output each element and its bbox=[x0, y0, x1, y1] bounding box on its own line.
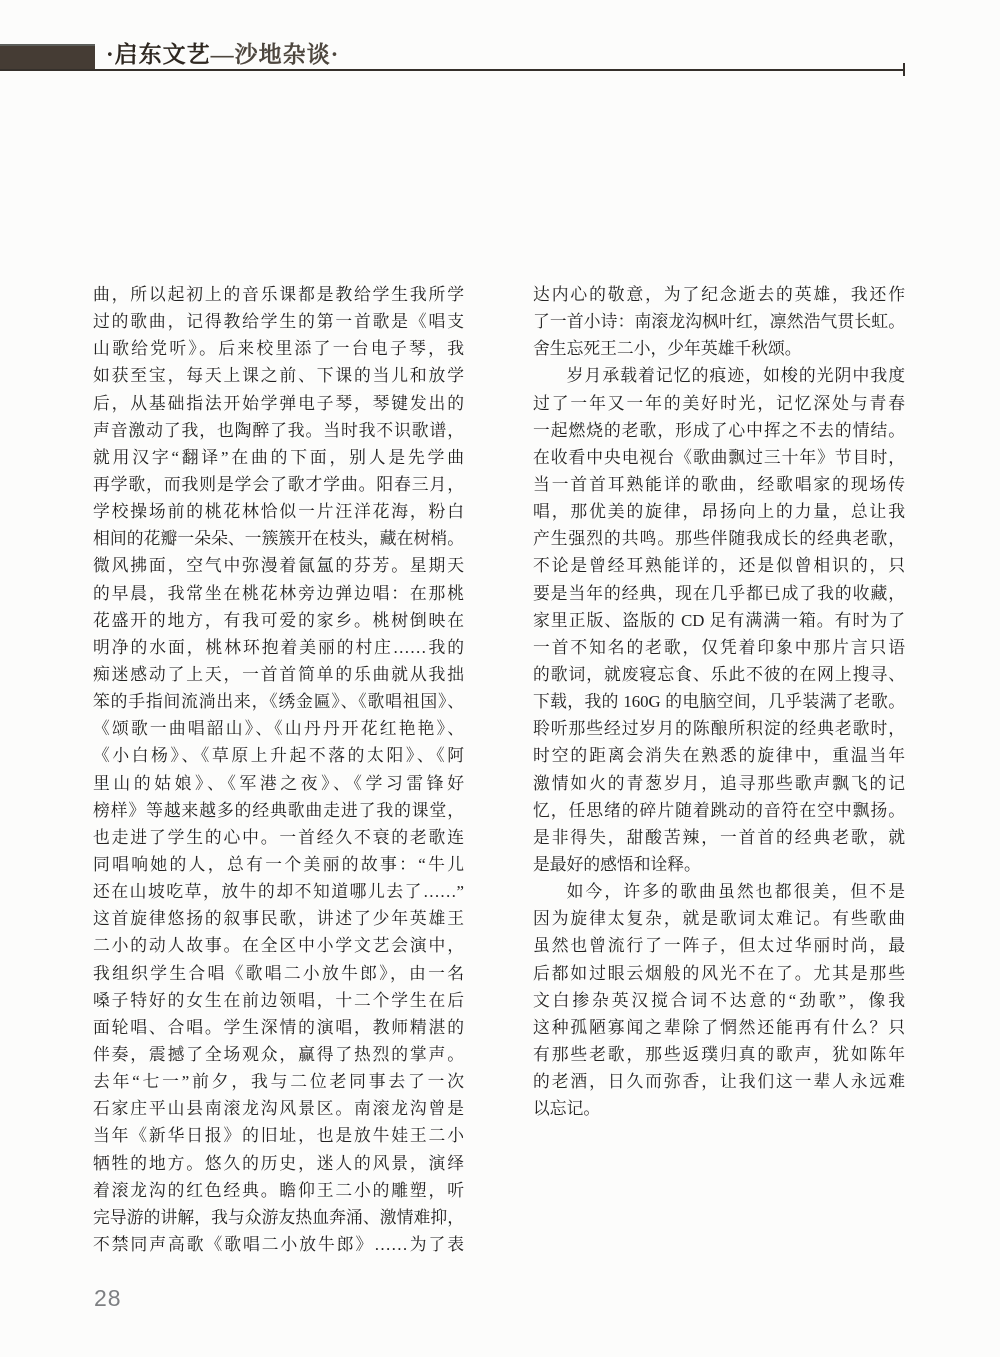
text-line: 时空的距离会消失在熟悉的旋律中，重温当年 bbox=[533, 742, 905, 769]
page-header-title: ·启东文艺—沙地杂谈· bbox=[106, 41, 339, 69]
text-line: 文白掺杂英汉搅合词不达意的“劲歌”，像我 bbox=[533, 987, 905, 1014]
magazine-page: ·启东文艺—沙地杂谈· 曲，所以起初上的音乐课都是教给学生我所学过的歌曲，记得教… bbox=[0, 0, 1000, 1357]
text-line: 明净的水面，桃林环抱着美丽的村庄……我的 bbox=[93, 634, 464, 661]
text-line: 是最好的感悟和诠释。 bbox=[533, 851, 905, 878]
text-line: 里山的姑娘》、《军港之夜》、《学习雷锋好 bbox=[93, 770, 464, 797]
text-line: 牺牲的地方。悠久的历史，迷人的风景，演绎 bbox=[93, 1150, 464, 1177]
text-line: 过的歌曲，记得教给学生的第一首歌是《唱支 bbox=[93, 308, 464, 335]
text-line: 有那些老歌，那些返璞归真的歌声，犹如陈年 bbox=[533, 1041, 905, 1068]
text-line: 以忘记。 bbox=[533, 1095, 905, 1122]
text-line: 达内心的敬意，为了纪念逝去的英雄，我还作 bbox=[533, 281, 905, 308]
text-line: 不论是曾经耳熟能详的，还是似曾相识的，只 bbox=[533, 552, 905, 579]
text-line: 着滚龙沟的红色经典。瞻仰王二小的雕塑，听 bbox=[93, 1177, 464, 1204]
header-corner-block bbox=[0, 44, 95, 71]
page-number: 28 bbox=[94, 1285, 122, 1312]
text-line: 相间的花瓣一朵朵、一簇簇开在枝头，藏在树梢。 bbox=[93, 525, 464, 552]
text-line: 学校操场前的桃花林恰似一片汪洋花海，粉白 bbox=[93, 498, 464, 525]
text-line: 唱，那优美的旋律，昂扬向上的力量，总让我 bbox=[533, 498, 905, 525]
text-line: 这种孤陋寡闻之辈除了惘然还能再有什么？只 bbox=[533, 1014, 905, 1041]
text-line: 去年“七一”前夕，我与二位老同事去了一次 bbox=[93, 1068, 464, 1095]
text-line: 面轮唱、合唱。学生深情的演唱，教师精湛的 bbox=[93, 1014, 464, 1041]
text-line: 我组织学生合唱《歌唱二小放牛郎》，由一名 bbox=[93, 960, 464, 987]
text-line: 还在山坡吃草，放牛的却不知道哪儿去了……” bbox=[93, 878, 464, 905]
text-line: 后，从基础指法开始学弹电子琴，琴键发出的 bbox=[93, 390, 464, 417]
header-rule bbox=[0, 69, 905, 71]
text-line: 微风拂面，空气中弥漫着氤氲的芬芳。星期天 bbox=[93, 552, 464, 579]
text-line: 痴迷感动了上天，一首首简单的乐曲就从我拙 bbox=[93, 661, 464, 688]
text-line: 《颂歌一曲唱韶山》、《山丹丹开花红艳艳》、 bbox=[93, 715, 464, 742]
text-line: 要是当年的经典，现在几乎都已成了我的收藏， bbox=[533, 580, 905, 607]
text-line: 也走进了学生的心中。一首经久不衰的老歌连 bbox=[93, 824, 464, 851]
text-line: 的早晨，我常坐在桃花林旁边弹边唱：在那桃 bbox=[93, 580, 464, 607]
article-column-left: 曲，所以起初上的音乐课都是教给学生我所学过的歌曲，记得教给学生的第一首歌是《唱支… bbox=[93, 281, 464, 1258]
text-line: 这首旋律悠扬的叙事民歌，讲述了少年英雄王 bbox=[93, 905, 464, 932]
text-line: 的歌词，就废寝忘食、乐此不彼的在网上搜寻、 bbox=[533, 661, 905, 688]
text-line: 石家庄平山县南滚龙沟风景区。南滚龙沟曾是 bbox=[93, 1095, 464, 1122]
text-line: 嗓子特好的女生在前边领唱，十二个学生在后 bbox=[93, 987, 464, 1014]
text-line: 声音激动了我，也陶醉了我。当时我不识歌谱， bbox=[93, 417, 464, 444]
text-line: 一首不知名的老歌，仅凭着印象中那片言只语 bbox=[533, 634, 905, 661]
text-line: 忆，任思绪的碎片随着跳动的音符在空中飘扬。 bbox=[533, 797, 905, 824]
text-line: 就用汉字“翻译”在曲的下面，别人是先学曲 bbox=[93, 444, 464, 471]
text-line: 激情如火的青葱岁月，追寻那些歌声飘飞的记 bbox=[533, 770, 905, 797]
text-line: 后都如过眼云烟般的风光不在了。尤其是那些 bbox=[533, 960, 905, 987]
text-line: 岁月承载着记忆的痕迹，如梭的光阴中我度 bbox=[533, 362, 905, 389]
text-line: 一起燃烧的老歌，形成了心中挥之不去的情结。 bbox=[533, 417, 905, 444]
text-line: 了一首小诗：南滚龙沟枫叶红，凛然浩气贯长虹。 bbox=[533, 308, 905, 335]
text-line: 当一首首耳熟能详的歌曲，经歌唱家的现场传 bbox=[533, 471, 905, 498]
text-line: 产生强烈的共鸣。那些伴随我成长的经典老歌， bbox=[533, 525, 905, 552]
article-column-right: 达内心的敬意，为了纪念逝去的英雄，我还作了一首小诗：南滚龙沟枫叶红，凛然浩气贯长… bbox=[533, 281, 905, 1122]
text-line: 如获至宝，每天上课之前、下课的当儿和放学 bbox=[93, 362, 464, 389]
section-name: —沙地杂谈· bbox=[211, 42, 340, 67]
text-line: 笨的手指间流淌出来，《绣金匾》、《歌唱祖国》、 bbox=[93, 688, 464, 715]
text-line: 的老酒，日久而弥香，让我们这一辈人永远难 bbox=[533, 1068, 905, 1095]
text-line: 花盛开的地方，有我可爱的家乡。桃树倒映在 bbox=[93, 607, 464, 634]
text-line: 《小白杨》、《草原上升起不落的太阳》、《阿 bbox=[93, 742, 464, 769]
text-line: 榜样》等越来越多的经典歌曲走进了我的课堂， bbox=[93, 797, 464, 824]
text-line: 不禁同声高歌《歌唱二小放牛郎》……为了表 bbox=[93, 1231, 464, 1258]
text-line: 同唱响她的人，总有一个美丽的故事：“牛儿 bbox=[93, 851, 464, 878]
text-line: 完导游的讲解，我与众游友热血奔涌、激情难抑， bbox=[93, 1204, 464, 1231]
text-line: 舍生忘死王二小，少年英雄千秋颂。 bbox=[533, 335, 905, 362]
text-line: 二小的动人故事。在全区中小学文艺会演中， bbox=[93, 932, 464, 959]
text-line: 是非得失，甜酸苦辣，一首首的经典老歌，就 bbox=[533, 824, 905, 851]
text-line: 再学歌，而我则是学会了歌才学曲。阳春三月， bbox=[93, 471, 464, 498]
text-line: 过了一年又一年的美好时光，记忆深处与青春 bbox=[533, 390, 905, 417]
text-line: 曲，所以起初上的音乐课都是教给学生我所学 bbox=[93, 281, 464, 308]
text-line: 下载，我的 160G 的电脑空间，几乎装满了老歌。 bbox=[533, 688, 905, 715]
text-line: 如今，许多的歌曲虽然也都很美，但不是 bbox=[533, 878, 905, 905]
header-rule-end-tick bbox=[903, 63, 905, 76]
journal-name: ·启东文艺 bbox=[106, 42, 211, 67]
text-line: 家里正版、盗版的 CD 足有满满一箱。有时为了 bbox=[533, 607, 905, 634]
text-line: 当年《新华日报》的旧址，也是放牛娃王二小 bbox=[93, 1122, 464, 1149]
text-line: 因为旋律太复杂，就是歌词太难记。有些歌曲 bbox=[533, 905, 905, 932]
text-line: 聆听那些经过岁月的陈酿所积淀的经典老歌时， bbox=[533, 715, 905, 742]
text-line: 伴奏，震撼了全场观众，赢得了热烈的掌声。 bbox=[93, 1041, 464, 1068]
text-line: 虽然也曾流行了一阵子，但太过华丽时尚，最 bbox=[533, 932, 905, 959]
text-line: 在收看中央电视台《歌曲飘过三十年》节目时， bbox=[533, 444, 905, 471]
text-line: 山歌给党听》。后来校里添了一台电子琴，我 bbox=[93, 335, 464, 362]
